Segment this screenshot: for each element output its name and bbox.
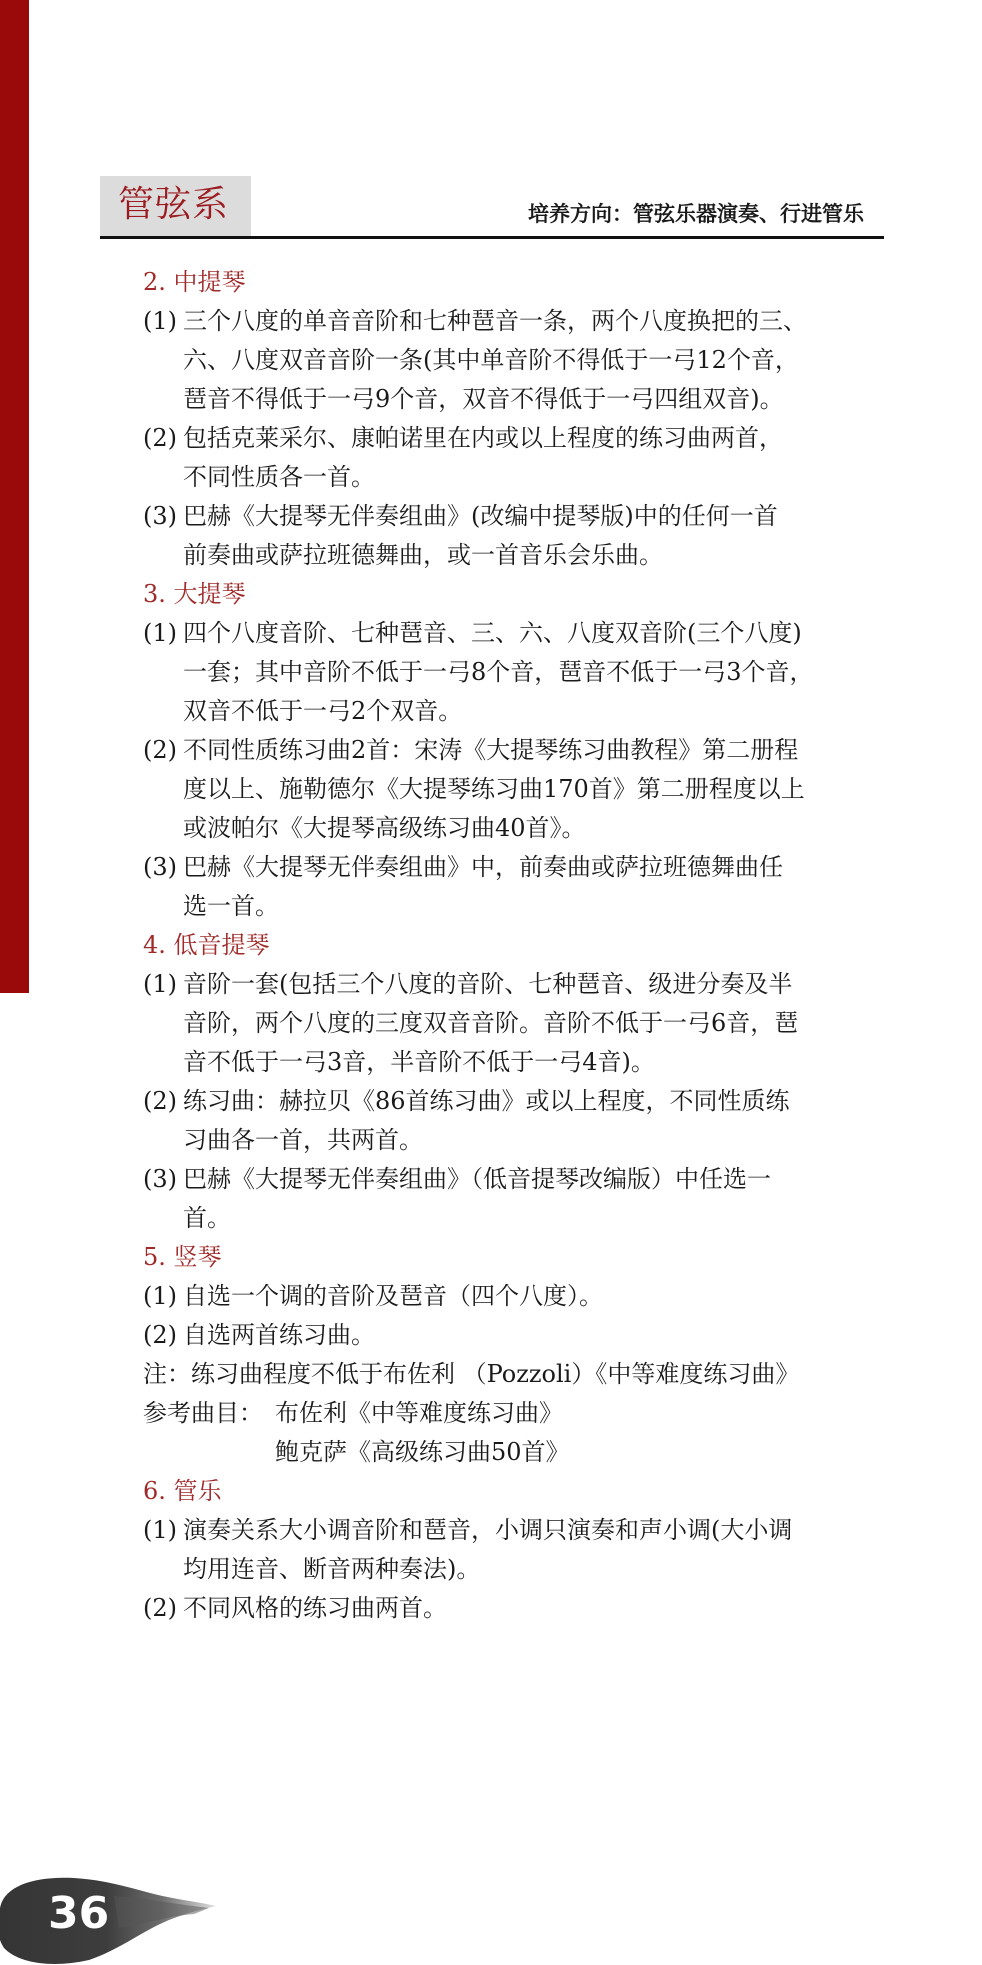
item-number: (1) bbox=[143, 965, 183, 1082]
reference-entries: 布佐利《中等难度练习曲》 鲍克萨《高级练习曲50首》 bbox=[275, 1394, 570, 1472]
list-item: (2) 自选两首练习曲。 bbox=[143, 1316, 903, 1355]
item-text: 三个八度的单音音阶和七种琶音一条，两个八度换把的三、 六、八度双音音阶一条(其中… bbox=[183, 302, 903, 419]
list-item: (2) 不同性质练习曲2首：宋涛《大提琴练习曲教程》第二册程 度以上、施勒德尔《… bbox=[143, 731, 903, 848]
section-cello: 3. 大提琴 (1) 四个八度音阶、七种琶音、三、六、八度双音阶(三个八度) 一… bbox=[143, 575, 903, 926]
text-line: 不同风格的练习曲两首。 bbox=[183, 1589, 903, 1628]
item-text: 四个八度音阶、七种琶音、三、六、八度双音阶(三个八度) 一套；其中音阶不低于一弓… bbox=[183, 614, 903, 731]
page-number: 36 bbox=[48, 1890, 109, 1938]
item-number: (1) bbox=[143, 1277, 183, 1316]
item-number: (2) bbox=[143, 1589, 183, 1628]
side-accent-bar bbox=[0, 0, 29, 993]
text-line: 练习曲：赫拉贝《86首练习曲》或以上程度，不同性质练 bbox=[183, 1082, 903, 1121]
list-item: (1) 自选一个调的音阶及琶音（四个八度）。 bbox=[143, 1277, 903, 1316]
item-text: 巴赫《大提琴无伴奏组曲》(改编中提琴版)中的任何一首 前奏曲或萨拉班德舞曲，或一… bbox=[183, 497, 903, 575]
item-text: 音阶一套(包括三个八度的音阶、七种琶音、级进分奏及半 音阶，两个八度的三度双音音… bbox=[183, 965, 903, 1082]
text-line: 音阶一套(包括三个八度的音阶、七种琶音、级进分奏及半 bbox=[183, 965, 903, 1004]
text-line: 前奏曲或萨拉班德舞曲，或一首音乐会乐曲。 bbox=[183, 536, 903, 575]
section-harp: 5. 竖琴 (1) 自选一个调的音阶及琶音（四个八度）。 (2) 自选两首练习曲… bbox=[143, 1238, 903, 1472]
item-number: (2) bbox=[143, 731, 183, 848]
item-number: (1) bbox=[143, 614, 183, 731]
item-number: (3) bbox=[143, 497, 183, 575]
item-text: 不同风格的练习曲两首。 bbox=[183, 1589, 903, 1628]
list-item: (1) 演奏关系大小调音阶和琶音，小调只演奏和声小调(大小调 均用连音、断音两种… bbox=[143, 1511, 903, 1589]
item-number: (3) bbox=[143, 1160, 183, 1238]
list-item: (1) 三个八度的单音音阶和七种琶音一条，两个八度换把的三、 六、八度双音音阶一… bbox=[143, 302, 903, 419]
item-text: 自选一个调的音阶及琶音（四个八度）。 bbox=[183, 1277, 903, 1316]
text-line: 包括克莱采尔、康帕诺里在内或以上程度的练习曲两首， bbox=[183, 419, 903, 458]
text-line: 一套；其中音阶不低于一弓8个音，琶音不低于一弓3个音， bbox=[183, 653, 903, 692]
text-line: 均用连音、断音两种奏法)。 bbox=[183, 1550, 903, 1589]
item-number: (3) bbox=[143, 848, 183, 926]
list-item: (2) 不同风格的练习曲两首。 bbox=[143, 1589, 903, 1628]
list-item: (3) 巴赫《大提琴无伴奏组曲》中，前奏曲或萨拉班德舞曲任 选一首。 bbox=[143, 848, 903, 926]
item-text: 练习曲：赫拉贝《86首练习曲》或以上程度，不同性质练 习曲各一首，共两首。 bbox=[183, 1082, 903, 1160]
ink-brush-stroke-icon bbox=[0, 1868, 219, 1965]
text-line: 或波帕尔《大提琴高级练习曲40首》。 bbox=[183, 809, 903, 848]
text-line: 巴赫《大提琴无伴奏组曲》(改编中提琴版)中的任何一首 bbox=[183, 497, 903, 536]
item-number: (1) bbox=[143, 1511, 183, 1589]
text-line: 选一首。 bbox=[183, 887, 903, 926]
text-line: 首。 bbox=[183, 1199, 903, 1238]
text-line: 六、八度双音音阶一条(其中单音阶不得低于一弓12个音， bbox=[183, 341, 903, 380]
text-line: 巴赫《大提琴无伴奏组曲》（低音提琴改编版）中任选一 bbox=[183, 1160, 903, 1199]
reference-label: 参考曲目： bbox=[143, 1394, 275, 1472]
item-text: 演奏关系大小调音阶和琶音，小调只演奏和声小调(大小调 均用连音、断音两种奏法)。 bbox=[183, 1511, 903, 1589]
item-text: 巴赫《大提琴无伴奏组曲》（低音提琴改编版）中任选一 首。 bbox=[183, 1160, 903, 1238]
section-winds: 6. 管乐 (1) 演奏关系大小调音阶和琶音，小调只演奏和声小调(大小调 均用连… bbox=[143, 1472, 903, 1628]
list-item: (1) 音阶一套(包括三个八度的音阶、七种琶音、级进分奏及半 音阶，两个八度的三… bbox=[143, 965, 903, 1082]
section-heading: 5. 竖琴 bbox=[143, 1238, 903, 1277]
item-number: (1) bbox=[143, 302, 183, 419]
item-number: (2) bbox=[143, 419, 183, 497]
section-heading: 6. 管乐 bbox=[143, 1472, 903, 1511]
section-double-bass: 4. 低音提琴 (1) 音阶一套(包括三个八度的音阶、七种琶音、级进分奏及半 音… bbox=[143, 926, 903, 1238]
text-line: 不同性质各一首。 bbox=[183, 458, 903, 497]
text-line: 音不低于一弓3音，半音阶不低于一弓4音)。 bbox=[183, 1043, 903, 1082]
item-text: 巴赫《大提琴无伴奏组曲》中，前奏曲或萨拉班德舞曲任 选一首。 bbox=[183, 848, 903, 926]
item-number: (2) bbox=[143, 1316, 183, 1355]
text-line: 演奏关系大小调音阶和琶音，小调只演奏和声小调(大小调 bbox=[183, 1511, 903, 1550]
training-direction-subtitle: 培养方向：管弦乐器演奏、行进管乐 bbox=[528, 198, 864, 228]
list-item: (2) 练习曲：赫拉贝《86首练习曲》或以上程度，不同性质练 习曲各一首，共两首… bbox=[143, 1082, 903, 1160]
item-text: 包括克莱采尔、康帕诺里在内或以上程度的练习曲两首， 不同性质各一首。 bbox=[183, 419, 903, 497]
section-viola: 2. 中提琴 (1) 三个八度的单音音阶和七种琶音一条，两个八度换把的三、 六、… bbox=[143, 263, 903, 575]
item-text: 自选两首练习曲。 bbox=[183, 1316, 903, 1355]
list-item: (1) 四个八度音阶、七种琶音、三、六、八度双音阶(三个八度) 一套；其中音阶不… bbox=[143, 614, 903, 731]
text-line: 双音不低于一弓2个双音。 bbox=[183, 692, 903, 731]
reference-entry: 鲍克萨《高级练习曲50首》 bbox=[275, 1433, 570, 1472]
text-line: 四个八度音阶、七种琶音、三、六、八度双音阶(三个八度) bbox=[183, 614, 903, 653]
list-item: (2) 包括克莱采尔、康帕诺里在内或以上程度的练习曲两首， 不同性质各一首。 bbox=[143, 419, 903, 497]
text-line: 不同性质练习曲2首：宋涛《大提琴练习曲教程》第二册程 bbox=[183, 731, 903, 770]
page-content: 2. 中提琴 (1) 三个八度的单音音阶和七种琶音一条，两个八度换把的三、 六、… bbox=[143, 263, 903, 1628]
text-line: 琶音不得低于一弓9个音，双音不得低于一弓四组双音)。 bbox=[183, 380, 903, 419]
reference-entry: 布佐利《中等难度练习曲》 bbox=[275, 1394, 570, 1433]
text-line: 自选两首练习曲。 bbox=[183, 1316, 903, 1355]
section-heading: 4. 低音提琴 bbox=[143, 926, 903, 965]
section-heading: 2. 中提琴 bbox=[143, 263, 903, 302]
list-item: (3) 巴赫《大提琴无伴奏组曲》(改编中提琴版)中的任何一首 前奏曲或萨拉班德舞… bbox=[143, 497, 903, 575]
list-item: (3) 巴赫《大提琴无伴奏组曲》（低音提琴改编版）中任选一 首。 bbox=[143, 1160, 903, 1238]
harp-note: 注：练习曲程度不低于布佐利 （Pozzoli）《中等难度练习曲》 bbox=[143, 1355, 903, 1394]
department-title: 管弦系 bbox=[118, 183, 229, 227]
text-line: 度以上、施勒德尔《大提琴练习曲170首》第二册程度以上 bbox=[183, 770, 903, 809]
section-heading: 3. 大提琴 bbox=[143, 575, 903, 614]
item-text: 不同性质练习曲2首：宋涛《大提琴练习曲教程》第二册程 度以上、施勒德尔《大提琴练… bbox=[183, 731, 903, 848]
text-line: 自选一个调的音阶及琶音（四个八度）。 bbox=[183, 1277, 903, 1316]
item-number: (2) bbox=[143, 1082, 183, 1160]
header-divider bbox=[100, 236, 884, 239]
text-line: 习曲各一首，共两首。 bbox=[183, 1121, 903, 1160]
text-line: 巴赫《大提琴无伴奏组曲》中，前奏曲或萨拉班德舞曲任 bbox=[183, 848, 903, 887]
text-line: 音阶，两个八度的三度双音音阶。音阶不低于一弓6音，琶 bbox=[183, 1004, 903, 1043]
text-line: 三个八度的单音音阶和七种琶音一条，两个八度换把的三、 bbox=[183, 302, 903, 341]
reference-list: 参考曲目： 布佐利《中等难度练习曲》 鲍克萨《高级练习曲50首》 bbox=[143, 1394, 903, 1472]
